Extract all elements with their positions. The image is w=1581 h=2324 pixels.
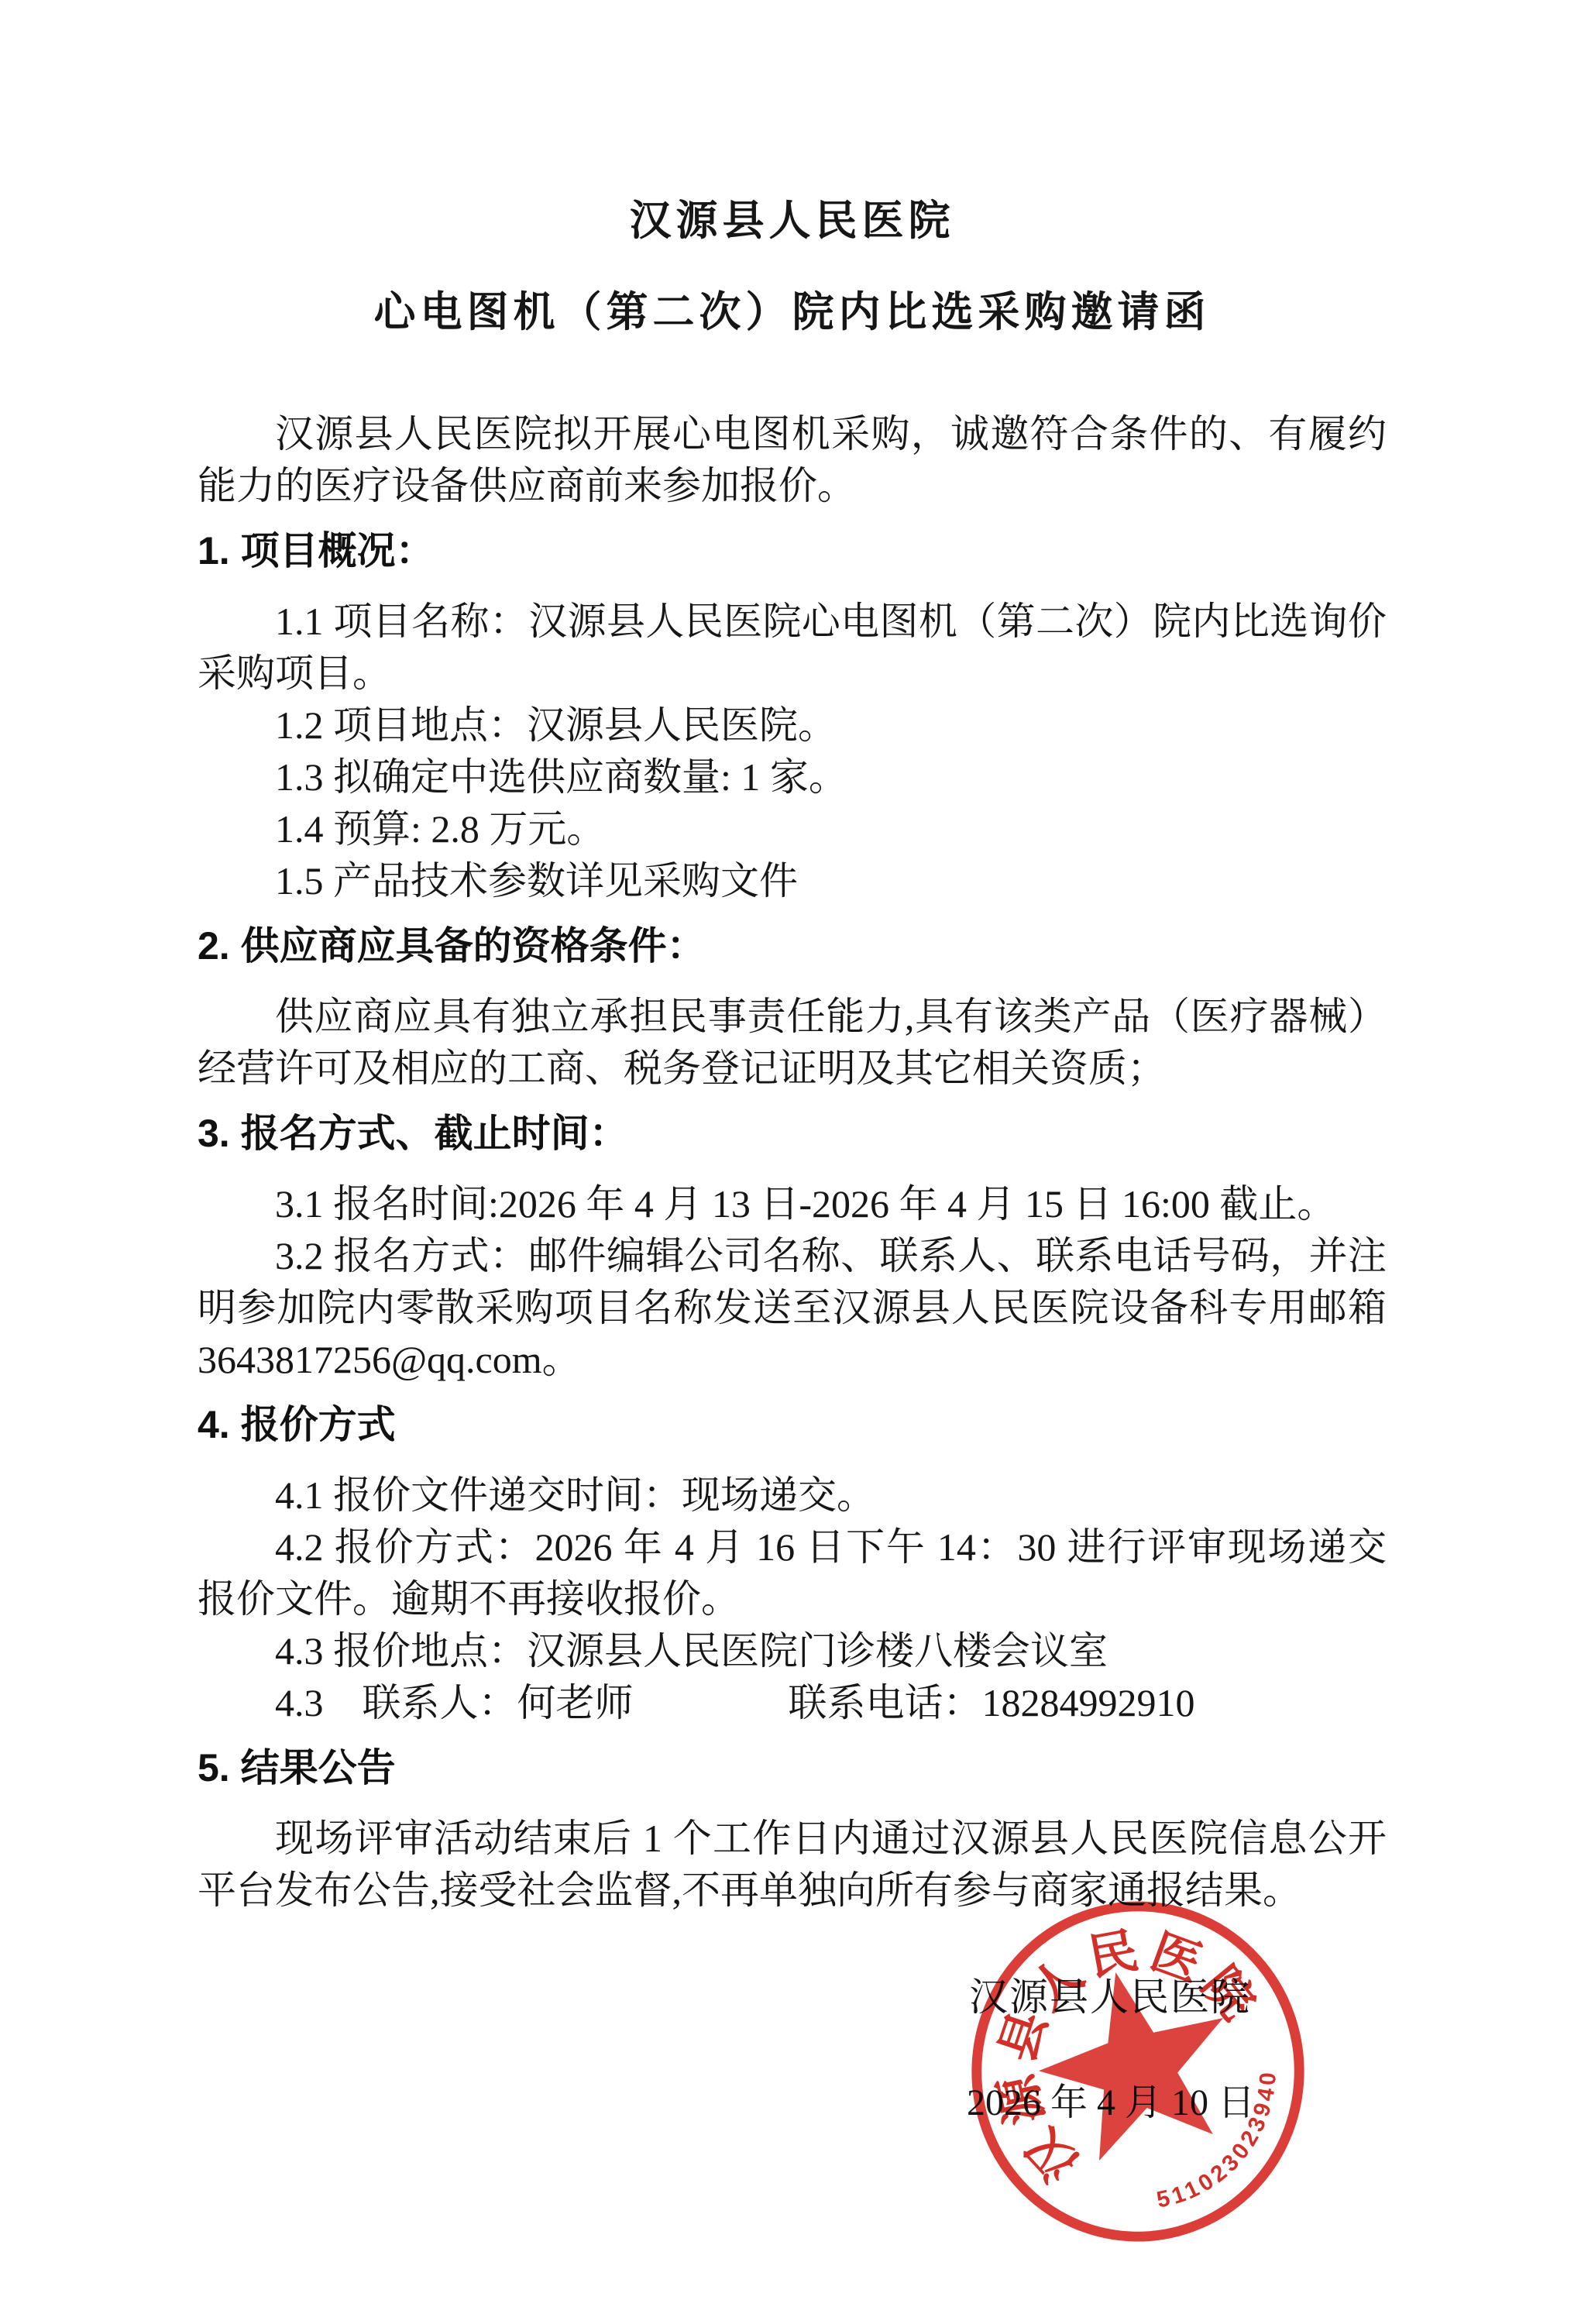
section-heading-3: 3. 报名方式、截止时间： — [198, 1112, 1387, 1155]
paragraph-1-1: 1.1 项目名称：汉源县人民医院心电图机（第二次）院内比选询价采购项目。 — [198, 596, 1387, 700]
document-body: 汉源县人民医院 心电图机（第二次）院内比选采购邀请函 汉源县人民医院拟开展心电图… — [198, 198, 1387, 1917]
section-heading-4: 4. 报价方式 — [198, 1403, 1387, 1446]
paragraph-5-body: 现场评审活动结束后 1 个工作日内通过汉源县人民医院信息公开平台发布公告,接受社… — [198, 1813, 1387, 1917]
doc-title: 汉源县人民医院 — [198, 198, 1387, 244]
paragraph-3-2: 3.2 报名方式：邮件编辑公司名称、联系人、联系电话号码，并注明参加院内零散采购… — [198, 1230, 1387, 1386]
paragraph-4-3-location: 4.3 报价地点：汉源县人民医院门诊楼八楼会议室 — [198, 1625, 1387, 1677]
document-page: 汉源县人民医院 心电图机（第二次）院内比选采购邀请函 汉源县人民医院拟开展心电图… — [0, 0, 1581, 2324]
paragraph-1-2: 1.2 项目地点：汉源县人民医院。 — [198, 700, 1387, 751]
paragraph-4-3-contact: 4.3 联系人：何老师 联系电话：18284992910 — [198, 1677, 1387, 1729]
paragraph-2-body: 供应商应具有独立承担民事责任能力,具有该类产品（医疗器械）经营许可及相应的工商、… — [198, 991, 1387, 1095]
paragraph-1-5: 1.5 产品技术参数详见采购文件 — [198, 855, 1387, 907]
doc-subtitle: 心电图机（第二次）院内比选采购邀请函 — [198, 289, 1387, 335]
paragraph-1-3: 1.3 拟确定中选供应商数量: 1 家。 — [198, 751, 1387, 803]
paragraph-1-4: 1.4 预算: 2.8 万元。 — [198, 803, 1387, 855]
intro-paragraph: 汉源县人民医院拟开展心电图机采购，诚邀符合条件的、有履约能力的医疗设备供应商前来… — [198, 408, 1387, 512]
official-seal: 汉源县人民医院 511023023940 — [960, 1893, 1315, 2249]
paragraph-4-2: 4.2 报价方式：2026 年 4 月 16 日下午 14：30 进行评审现场递… — [198, 1521, 1387, 1625]
section-heading-2: 2. 供应商应具备的资格条件： — [198, 924, 1387, 968]
paragraph-4-1: 4.1 报价文件递交时间：现场递交。 — [198, 1470, 1387, 1521]
paragraph-3-1: 3.1 报名时间:2026 年 4 月 13 日-2026 年 4 月 15 日… — [198, 1178, 1387, 1230]
section-heading-5: 5. 结果公告 — [198, 1746, 1387, 1789]
section-heading-1: 1. 项目概况： — [198, 529, 1387, 572]
